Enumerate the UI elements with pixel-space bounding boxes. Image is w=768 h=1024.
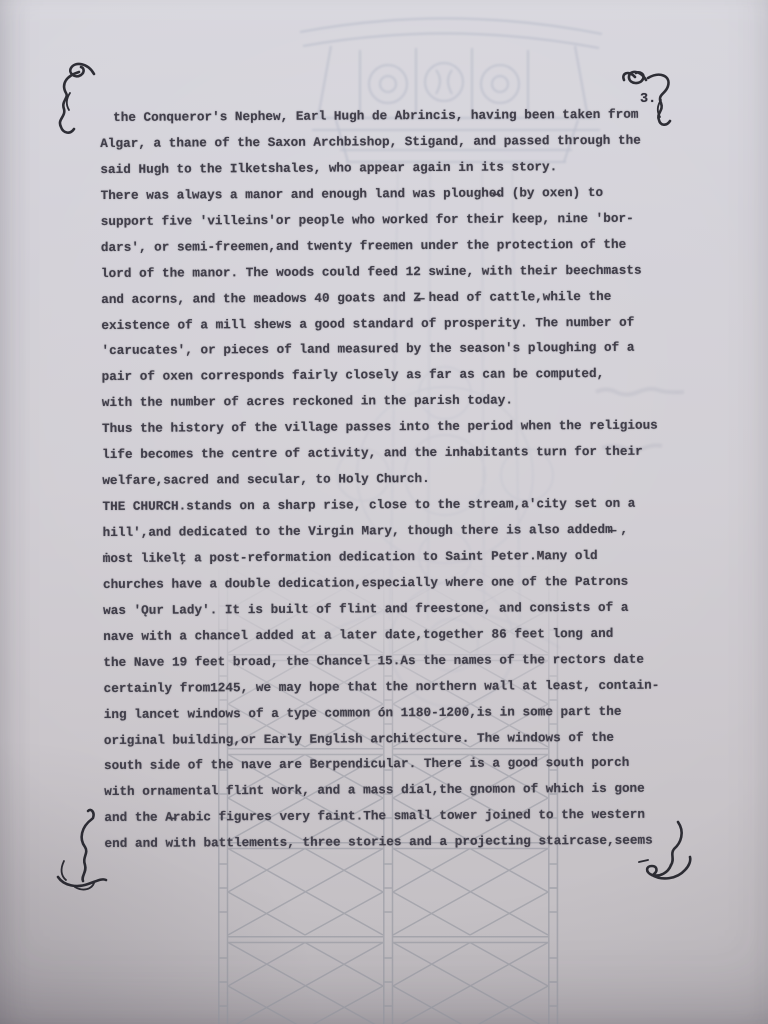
- corner-flourish-top-left: [60, 64, 94, 133]
- typed-line: Algar, a thane of the Saxon Archbishop, …: [100, 127, 700, 157]
- typed-line: support five 'villeins'or people who wor…: [101, 205, 701, 235]
- typed-line: with the number of acres reckoned in the…: [102, 387, 702, 417]
- typed-line: and the A̶rabic figures very faint.The s…: [104, 802, 704, 832]
- typed-line: 'carucates', or pieces of land measured …: [101, 335, 701, 365]
- typed-line: lord of the manor. The woods could feed …: [101, 257, 701, 287]
- document-photo: 3. the Conqueror's Nephew, Earl Hugh de …: [0, 0, 768, 1024]
- typed-line: was 'Ǫur Lady'. It is built of flint and…: [103, 594, 703, 624]
- typed-line: certainly from1245, we may hope that the…: [103, 672, 703, 702]
- typed-line: the Nave 19 feet broad, the Chancel 15.A…: [103, 646, 703, 676]
- typed-line: south side of the nave are Berpendicular…: [104, 750, 704, 780]
- typed-line: welfare,sacred and secular, to Holy Chur…: [102, 464, 702, 494]
- typed-line: said Hugh to the Ilketshales, who appear…: [100, 153, 700, 183]
- typed-line: life becomes the centre of activity, and…: [102, 439, 702, 469]
- typed-line: hill',and dedicated to the Virgin Mary, …: [103, 516, 703, 546]
- typed-line: existence of a mill shews a good standar…: [101, 309, 701, 339]
- typed-line: Thus the history of the village passes i…: [102, 413, 702, 443]
- typed-line: nave with a chancel added at a later dat…: [103, 620, 703, 650]
- typed-line: pair of oxen corresponds fairly closely …: [102, 361, 702, 391]
- typed-line: and acorns, and the meadows 40 goats and…: [101, 283, 701, 313]
- typed-line: ing lancet windows of a type common ón 1…: [104, 698, 704, 728]
- typed-line: ṁost likelţ a post-reformation dedicati…: [103, 542, 703, 572]
- typed-text-block: the Conqueror's Nephew, Earl Hugh de Abr…: [100, 101, 705, 857]
- typed-line: end and with battlements, three stories …: [104, 828, 704, 858]
- typed-line: dars', or semi-freemen,and twenty freeme…: [101, 231, 701, 261]
- corner-flourish-bottom-left: [58, 810, 106, 890]
- typed-line: with ornamental flint work, and a mass d…: [104, 776, 704, 806]
- typed-line: There was always a manor and enough land…: [100, 179, 700, 209]
- typed-line: churches have a double dedication,especi…: [103, 568, 703, 598]
- typed-line: the Conqueror's Nephew, Earl Hugh de Abr…: [100, 101, 700, 131]
- typed-line: THE CHURCH.stands on a sharp rise, close…: [102, 490, 702, 520]
- typed-line: original building,or Early English archi…: [104, 724, 704, 754]
